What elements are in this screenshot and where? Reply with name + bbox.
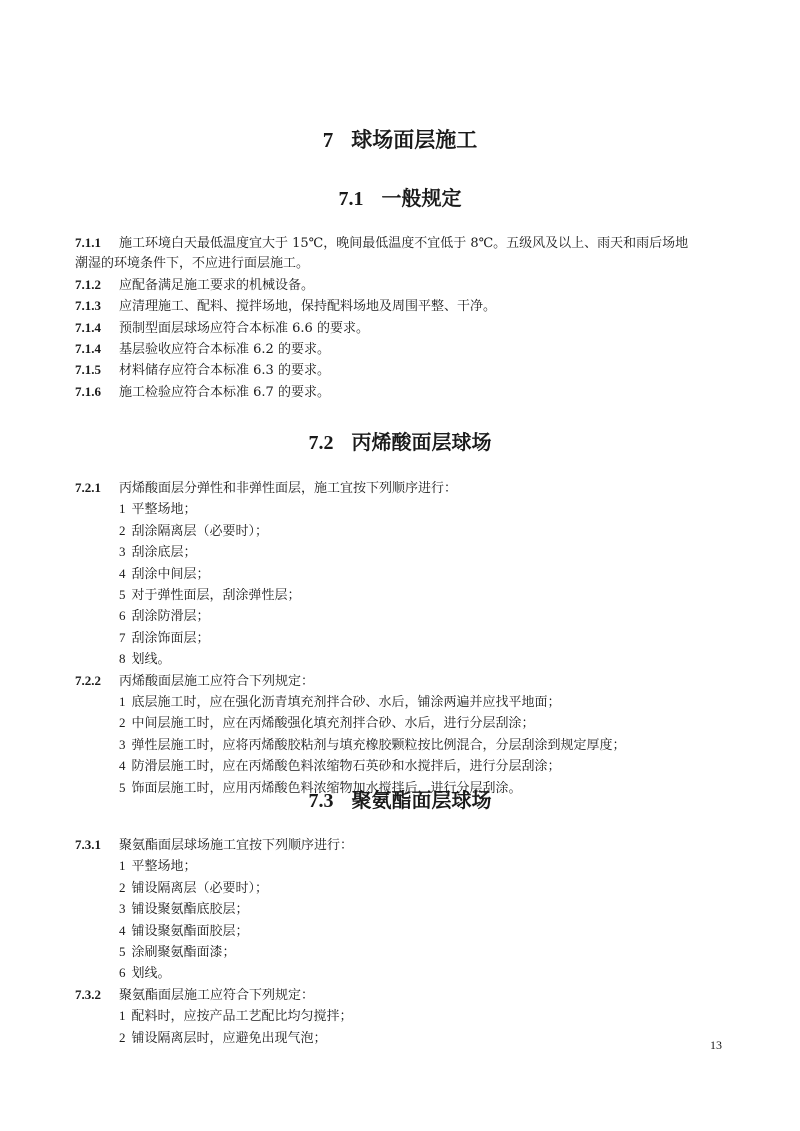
item-text: 防滑层施工时，应在丙烯酸色料浓缩物石英砂和水搅拌后，进行分层刮涂；	[132, 759, 561, 774]
list-item: 1平整场地；	[75, 856, 735, 877]
clause-continuation: 潮湿的环境条件下，不应进行面层施工。	[75, 254, 735, 274]
section-7-2-body: 7.2.1丙烯酸面层分弹性和非弹性面层，施工宜按下列顺序进行： 1平整场地； 2…	[75, 478, 735, 799]
clause: 7.2.2丙烯酸面层施工应符合下列规定：	[75, 671, 735, 692]
clause-number: 7.3.1	[75, 835, 119, 855]
item-text: 铺设聚氨酯面胶层；	[132, 924, 249, 939]
item-text: 平整场地；	[132, 502, 197, 517]
clause-number: 7.3.2	[75, 985, 119, 1005]
list-item: 3弹性层施工时，应将丙烯酸胶粘剂与填充橡胶颗粒按比例混合，分层刮涂到规定厚度；	[75, 735, 735, 756]
section-number: 7.1	[339, 188, 364, 210]
item-number: 5	[119, 944, 126, 959]
list-item: 6划线。	[75, 963, 735, 984]
list-item: 3刮涂底层；	[75, 542, 735, 563]
item-text: 铺设聚氨酯底胶层；	[132, 902, 249, 917]
item-text: 刮涂底层；	[132, 545, 197, 560]
item-number: 5	[119, 587, 126, 602]
item-number: 3	[119, 544, 126, 559]
item-text: 划线。	[132, 966, 171, 981]
item-number: 7	[119, 630, 126, 645]
clause: 7.1.3应清理施工、配料、搅拌场地，保持配料场地及周围平整、干净。	[75, 296, 735, 317]
item-text: 弹性层施工时，应将丙烯酸胶粘剂与填充橡胶颗粒按比例混合，分层刮涂到规定厚度；	[132, 738, 626, 753]
clause: 7.1.6施工检验应符合本标准 6.7 的要求。	[75, 382, 735, 403]
item-text: 刮涂隔离层（必要时）；	[132, 524, 269, 539]
clause: 7.3.2聚氨酯面层施工应符合下列规定：	[75, 985, 735, 1006]
clause: 7.1.4基层验收应符合本标准 6.2 的要求。	[75, 339, 735, 360]
clause-text: 施工检验应符合本标准 6.7 的要求。	[119, 385, 330, 400]
list-item: 2中间层施工时，应在丙烯酸强化填充剂拌合砂、水后，进行分层刮涂；	[75, 713, 735, 734]
list-item: 2铺设隔离层（必要时）；	[75, 878, 735, 899]
list-item: 1底层施工时，应在强化沥青填充剂拌合砂、水后，铺涂两遍并应找平地面；	[75, 692, 735, 713]
section-7-3-body: 7.3.1聚氨酯面层球场施工宜按下列顺序进行： 1平整场地； 2铺设隔离层（必要…	[75, 835, 735, 1049]
item-text: 划线。	[132, 652, 171, 667]
chapter-number: 7	[323, 128, 334, 152]
item-text: 铺设隔离层（必要时）；	[132, 881, 269, 896]
list-item: 4刮涂中间层；	[75, 564, 735, 585]
section-heading-7-1: 7.1一般规定	[0, 182, 800, 211]
clause-text: 施工环境白天最低温度宜大于 15℃，晚间最低温度不宜低于 8℃。五级风及以上、雨…	[119, 236, 688, 251]
clause: 7.1.1施工环境白天最低温度宜大于 15℃，晚间最低温度不宜低于 8℃。五级风…	[75, 233, 735, 254]
clause-number: 7.2.2	[75, 671, 119, 691]
page-number: 13	[710, 1038, 722, 1053]
chapter-title-text: 球场面层施工	[351, 128, 477, 152]
section-title: 一般规定	[382, 186, 462, 210]
clause-text: 丙烯酸面层施工应符合下列规定：	[119, 674, 314, 689]
item-number: 3	[119, 737, 126, 752]
section-title: 丙烯酸面层球场	[352, 430, 492, 454]
clause-text: 丙烯酸面层分弹性和非弹性面层，施工宜按下列顺序进行：	[119, 481, 457, 496]
item-number: 1	[119, 694, 126, 709]
clause-number: 7.1.6	[75, 382, 119, 402]
item-text: 底层施工时，应在强化沥青填充剂拌合砂、水后，铺涂两遍并应找平地面；	[132, 695, 561, 710]
clause: 7.1.2应配备满足施工要求的机械设备。	[75, 275, 735, 296]
list-item: 1配料时，应按产品工艺配比均匀搅拌；	[75, 1006, 735, 1027]
item-text: 刮涂中间层；	[132, 567, 210, 582]
list-item: 6刮涂防滑层；	[75, 606, 735, 627]
item-text: 对于弹性面层，刮涂弹性层；	[132, 588, 301, 603]
clause-number: 7.1.3	[75, 296, 119, 316]
item-text: 刮涂饰面层；	[132, 631, 210, 646]
list-item: 4铺设聚氨酯面胶层；	[75, 921, 735, 942]
section-title: 聚氨酯面层球场	[352, 788, 492, 812]
clause: 7.2.1丙烯酸面层分弹性和非弹性面层，施工宜按下列顺序进行：	[75, 478, 735, 499]
list-item: 4防滑层施工时，应在丙烯酸色料浓缩物石英砂和水搅拌后，进行分层刮涂；	[75, 756, 735, 777]
list-item: 1平整场地；	[75, 499, 735, 520]
item-number: 2	[119, 880, 126, 895]
list-item: 3铺设聚氨酯底胶层；	[75, 899, 735, 920]
clause: 7.1.4预制型面层球场应符合本标准 6.6 的要求。	[75, 318, 735, 339]
item-number: 1	[119, 501, 126, 516]
clause-text: 基层验收应符合本标准 6.2 的要求。	[119, 342, 330, 357]
section-number: 7.2	[309, 432, 334, 454]
clause-text: 聚氨酯面层施工应符合下列规定：	[119, 988, 314, 1003]
item-number: 1	[119, 858, 126, 873]
clause: 7.3.1聚氨酯面层球场施工宜按下列顺序进行：	[75, 835, 735, 856]
clause: 7.1.5材料储存应符合本标准 6.3 的要求。	[75, 360, 735, 381]
clause-number: 7.1.2	[75, 275, 119, 295]
list-item: 5对于弹性面层，刮涂弹性层；	[75, 585, 735, 606]
item-number: 4	[119, 758, 126, 773]
section-heading-7-2: 7.2丙烯酸面层球场	[0, 426, 800, 455]
clause-number: 7.1.4	[75, 318, 119, 338]
item-number: 6	[119, 965, 126, 980]
item-text: 中间层施工时，应在丙烯酸强化填充剂拌合砂、水后，进行分层刮涂；	[132, 716, 535, 731]
item-text: 平整场地；	[132, 859, 197, 874]
item-number: 4	[119, 923, 126, 938]
clause-text: 应清理施工、配料、搅拌场地，保持配料场地及周围平整、干净。	[119, 299, 496, 314]
list-item: 2刮涂隔离层（必要时）；	[75, 521, 735, 542]
clause-text: 预制型面层球场应符合本标准 6.6 的要求。	[119, 321, 369, 336]
item-number: 3	[119, 901, 126, 916]
item-number: 2	[119, 715, 126, 730]
item-text: 铺设隔离层时，应避免出现气泡；	[132, 1031, 327, 1046]
clause-number: 7.2.1	[75, 478, 119, 498]
item-text: 涂刷聚氨酯面漆；	[132, 945, 236, 960]
list-item: 7刮涂饰面层；	[75, 628, 735, 649]
list-item: 2铺设隔离层时，应避免出现气泡；	[75, 1028, 735, 1049]
item-number: 4	[119, 566, 126, 581]
section-heading-7-3: 7.3聚氨酯面层球场	[0, 784, 800, 813]
section-number: 7.3	[309, 790, 334, 812]
clause-number: 7.1.5	[75, 360, 119, 380]
list-item: 5涂刷聚氨酯面漆；	[75, 942, 735, 963]
clause-text: 材料储存应符合本标准 6.3 的要求。	[119, 363, 330, 378]
item-text: 配料时，应按产品工艺配比均匀搅拌；	[132, 1009, 353, 1024]
clause-number: 7.1.1	[75, 233, 119, 253]
item-text: 刮涂防滑层；	[132, 609, 210, 624]
clause-text: 聚氨酯面层球场施工宜按下列顺序进行：	[119, 838, 353, 853]
item-number: 6	[119, 608, 126, 623]
item-number: 2	[119, 1030, 126, 1045]
item-number: 1	[119, 1008, 126, 1023]
clause-text: 应配备满足施工要求的机械设备。	[119, 278, 314, 293]
clause-number: 7.1.4	[75, 339, 119, 359]
item-number: 2	[119, 523, 126, 538]
section-7-1-body: 7.1.1施工环境白天最低温度宜大于 15℃，晚间最低温度不宜低于 8℃。五级风…	[75, 233, 735, 403]
list-item: 8划线。	[75, 649, 735, 670]
item-number: 8	[119, 651, 126, 666]
chapter-title: 7球场面层施工	[0, 124, 800, 154]
